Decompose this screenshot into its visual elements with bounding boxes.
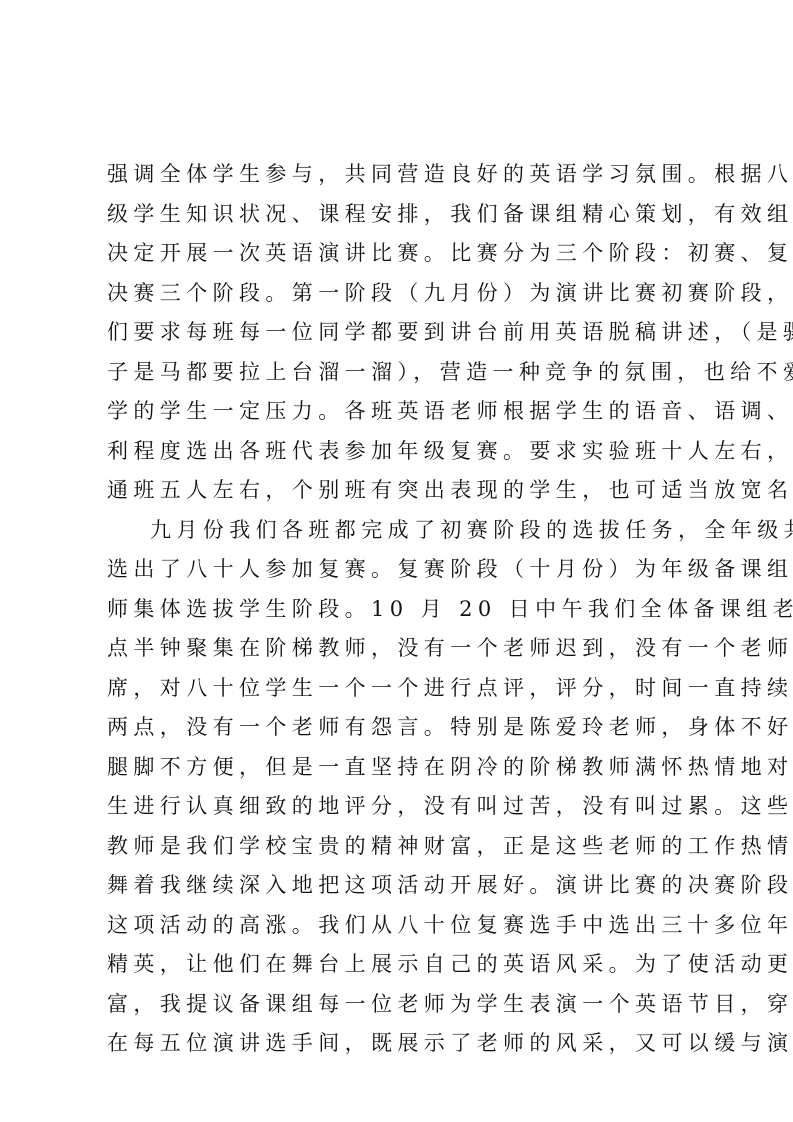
text-line: 在每五位演讲选手间，既展示了老师的风采，又可以缓与演讲 xyxy=(107,1024,691,1064)
text-line: 教师是我们学校宝贵的精神财富，正是这些老师的工作热情鼓 xyxy=(107,827,691,867)
text-line: 席，对八十位学生一个一个进行点评，评分，时间一直持续到 xyxy=(107,669,691,709)
text-line: 富，我提议备课组每一位老师为学生表演一个英语节目，穿插 xyxy=(107,985,691,1025)
text-line: 这项活动的高涨。我们从八十位复赛选手中选出三十多位年级 xyxy=(107,906,691,946)
text-line: 舞着我继续深入地把这项活动开展好。演讲比赛的决赛阶段是 xyxy=(107,866,691,906)
text-line: 通班五人左右，个别班有突出表现的学生，也可适当放宽名额。 xyxy=(107,471,691,511)
text-line: 精英，让他们在舞台上展示自己的英语风采。为了使活动更丰 xyxy=(107,945,691,985)
text-line-first-indented: 九月份我们各班都完成了初赛阶段的选拔任务，全年级共 xyxy=(107,511,691,551)
text-line: 决赛三个阶段。第一阶段（九月份）为演讲比赛初赛阶段，我 xyxy=(107,274,691,314)
text-line: 两点，没有一个老师有怨言。特别是陈爱玲老师，身体不好， xyxy=(107,708,691,748)
text-line: 师集体选拔学生阶段。10 月 20 日中午我们全体备课组老师十二 xyxy=(107,590,691,630)
text-line: 们要求每班每一位同学都要到讲台前用英语脱稿讲述，（是骡 xyxy=(107,313,691,353)
text-line: 学的学生一定压力。各班英语老师根据学生的语音、语调、流 xyxy=(107,392,691,432)
text-line: 强调全体学生参与，共同营造良好的英语学习氛围。根据八年 xyxy=(107,155,691,195)
text-line: 腿脚不方便，但是一直坚持在阴冷的阶梯教师满怀热情地对学 xyxy=(107,748,691,788)
text-line: 点半钟聚集在阶梯教师，没有一个老师迟到，没有一个老师缺 xyxy=(107,629,691,669)
text-line: 决定开展一次英语演讲比赛。比赛分为三个阶段：初赛、复赛、 xyxy=(107,234,691,274)
text-line: 子是马都要拉上台溜一溜），营造一种竞争的氛围，也给不爱 xyxy=(107,353,691,393)
text-line: 级学生知识状况、课程安排，我们备课组精心策划，有效组织， xyxy=(107,195,691,235)
paragraph-2: 九月份我们各班都完成了初赛阶段的选拔任务，全年级共 选出了八十人参加复赛。复赛阶… xyxy=(107,511,691,1064)
body-text: 强调全体学生参与，共同营造良好的英语学习氛围。根据八年 级学生知识状况、课程安排… xyxy=(107,155,691,1064)
text-line: 选出了八十人参加复赛。复赛阶段（十月份）为年级备课组老 xyxy=(107,550,691,590)
text-line: 生进行认真细致的地评分，没有叫过苦，没有叫过累。这些老 xyxy=(107,787,691,827)
paragraph-1: 强调全体学生参与，共同营造良好的英语学习氛围。根据八年 级学生知识状况、课程安排… xyxy=(107,155,691,511)
document-page: 强调全体学生参与，共同营造良好的英语学习氛围。根据八年 级学生知识状况、课程安排… xyxy=(0,0,793,1122)
text-line: 利程度选出各班代表参加年级复赛。要求实验班十人左右，普 xyxy=(107,432,691,472)
